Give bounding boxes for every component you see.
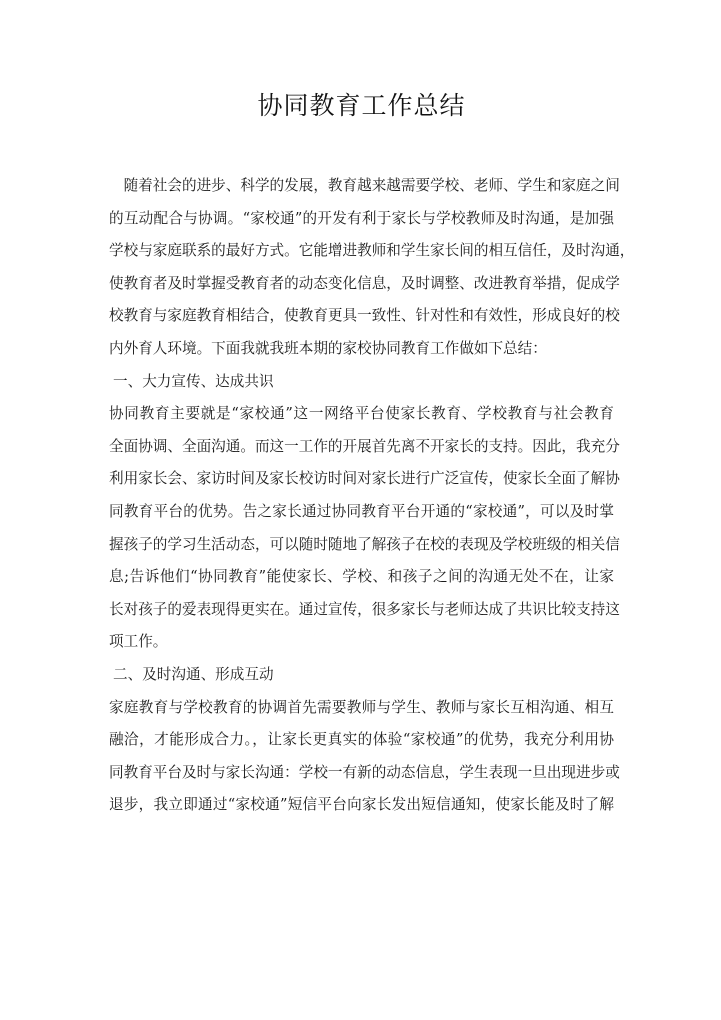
paragraph-line: 同教育平台的优势。告之家长通过协同教育平台开通的“家校通”，可以及时掌 <box>109 496 614 529</box>
paragraph-line: 长对孩子的爱表现得更实在。通过宣传，很多家长与老师达成了共识比较支持这 <box>109 594 614 627</box>
section-heading-1: 一、大力宣传、达成共识 <box>109 366 614 399</box>
paragraph-line: 项工作。 <box>109 626 614 659</box>
paragraph-line: 握孩子的学习生活动态，可以随时随地了解孩子在校的表现及学校班级的相关信 <box>109 529 614 562</box>
paragraph-line: 同教育平台及时与家长沟通：学校一有新的动态信息，学生表现一旦出现进步或 <box>109 757 614 790</box>
paragraph-line: 学校与家庭联系的最好方式。它能增进教师和学生家长间的相互信任，及时沟通， <box>109 235 614 268</box>
section-heading-2: 二、及时沟通、形成互动 <box>109 659 614 692</box>
paragraph-line: 融洽，才能形成合力。，让家长更真实的体验“家校通”的优势，我充分利用协 <box>109 724 614 757</box>
paragraph-line: 利用家长会、家访时间及家长校访时间对家长进行广泛宣传，使家长全面了解协 <box>109 463 614 496</box>
paragraph-line: 家庭教育与学校教育的协调首先需要教师与学生、教师与家长互相沟通、相互 <box>109 692 614 725</box>
paragraph-line: 协同教育主要就是“家校通”这一网络平台使家长教育、学校教育与社会教育 <box>109 398 614 431</box>
paragraph-line: 校教育与家庭教育相结合，使教育更具一致性、针对性和有效性，形成良好的校 <box>109 300 614 333</box>
paragraph-line: 使教育者及时掌握受教育者的动态变化信息，及时调整、改进教育举措，促成学 <box>109 268 614 301</box>
paragraph-line: 内外育人环境。下面我就我班本期的家校协同教育工作做如下总结： <box>109 333 614 366</box>
document-body: 随着社会的进步、科学的发展，教育越来越需要学校、老师、学生和家庭之间 的互动配合… <box>109 170 614 822</box>
paragraph-line: 息;告诉他们“协同教育”能使家长、学校、和孩子之间的沟通无处不在，让家 <box>109 561 614 594</box>
paragraph-line: 的互动配合与协调。“家校通”的开发有利于家长与学校教师及时沟通，是加强 <box>109 203 614 236</box>
paragraph-line: 随着社会的进步、科学的发展，教育越来越需要学校、老师、学生和家庭之间 <box>109 170 614 203</box>
paragraph-line: 全面协调、全面沟通。而这一工作的开展首先离不开家长的支持。因此，我充分 <box>109 431 614 464</box>
paragraph-line: 退步，我立即通过“家校通”短信平台向家长发出短信通知，使家长能及时了解 <box>109 789 614 822</box>
document-title: 协同教育工作总结 <box>109 86 614 126</box>
